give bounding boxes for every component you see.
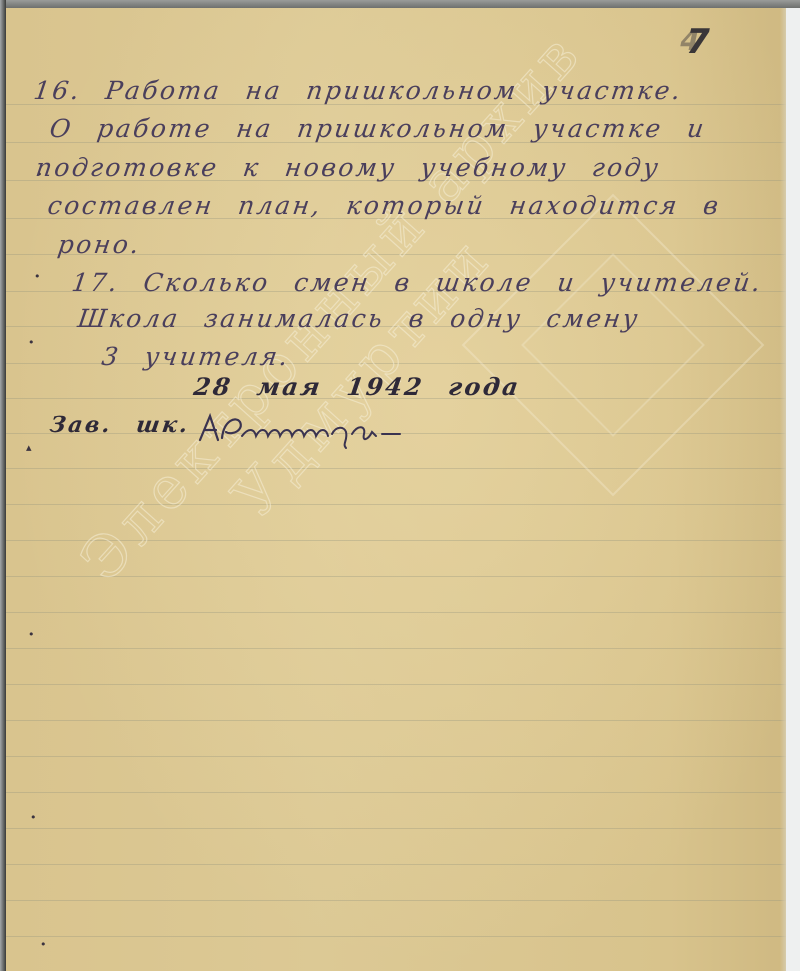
ruled-line <box>6 756 786 757</box>
signatory-title: Зав. шк. <box>48 412 191 438</box>
ruled-line <box>6 684 786 685</box>
watermark-ornament <box>462 194 765 497</box>
scan-frame: • • • ▴ • • • Электронный архив Удмуртии… <box>0 0 800 971</box>
margin-speck: • <box>34 270 41 283</box>
margin-speck: • <box>30 811 37 824</box>
ruled-line <box>6 612 786 613</box>
margin-speck: • <box>28 336 35 349</box>
margin-speck: • <box>28 628 35 641</box>
ruled-line <box>6 648 786 649</box>
ruled-line <box>6 936 786 937</box>
ruled-line <box>6 720 786 721</box>
text-line: составлен план, который находится в <box>46 191 723 220</box>
document-date: 28 мая 1942 года <box>192 372 523 401</box>
ruled-line <box>6 864 786 865</box>
scanner-border-top <box>0 0 800 8</box>
ruled-line <box>6 540 786 541</box>
text-line: роно. <box>56 230 143 259</box>
text-line: Школа занималась в одну смену <box>76 304 642 333</box>
page-number: 4 7 <box>682 22 714 62</box>
margin-speck: • <box>40 938 47 951</box>
ruled-line <box>6 900 786 901</box>
ruled-line <box>6 468 786 469</box>
text-line-16-heading: 16. Работа на пришкольном участке. <box>32 76 685 105</box>
page-edge <box>780 8 786 971</box>
text-line: 3 учителя. <box>100 342 292 371</box>
signature <box>196 410 416 450</box>
text-line: О работе на пришкольном участке и <box>48 114 708 143</box>
ruled-line <box>6 576 786 577</box>
text-line-17-heading: 17. Сколько смен в школе и учителей. <box>70 268 765 297</box>
ruled-line <box>6 504 786 505</box>
ruled-line <box>6 792 786 793</box>
text-line: подготовке к новому учебному году <box>34 153 662 182</box>
document-page: • • • ▴ • • • Электронный архив Удмуртии… <box>6 8 786 971</box>
margin-speck: ▴ <box>26 441 32 454</box>
ruled-line <box>6 828 786 829</box>
